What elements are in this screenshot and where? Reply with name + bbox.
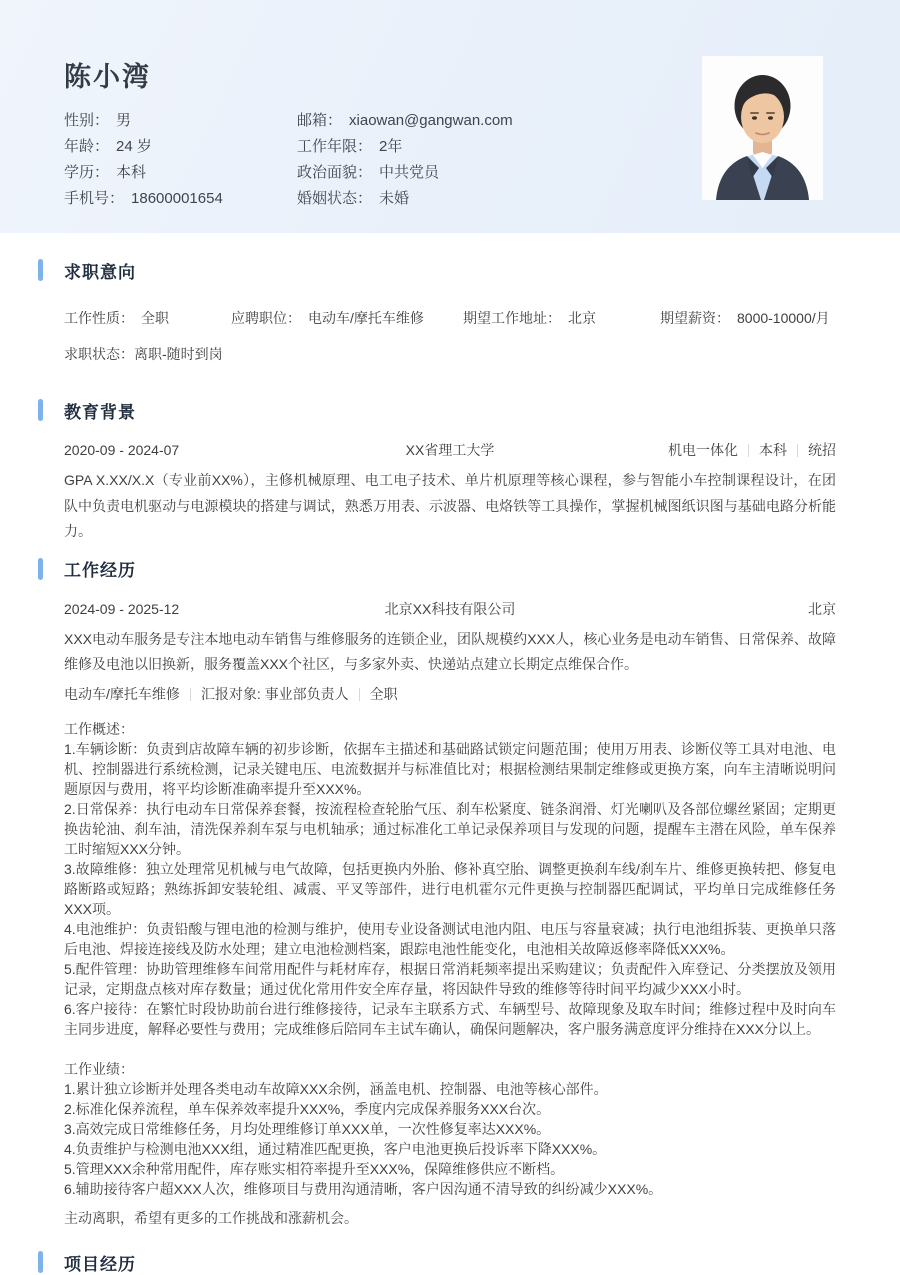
overview-item-2: 2.日常保养：执行电动车日常保养套餐，按流程检查轮胎气压、刹车松紧度、链条润滑、…: [64, 799, 836, 859]
age-value: 24 岁: [116, 138, 152, 155]
education-heading: 教育背景: [64, 398, 836, 422]
divider: [359, 688, 360, 701]
degree-value: 本科: [116, 164, 146, 181]
section-accent-bar: [38, 259, 43, 281]
political-status-value: 中共党员: [379, 164, 439, 181]
intent-work-type: 工作性质：全职: [64, 308, 231, 328]
result-item-3: 3.高效完成日常维修任务，月均处理维修订单XXX单，一次性修复率达XXX%。: [64, 1119, 836, 1139]
projects-heading: 项目经历: [64, 1250, 836, 1274]
overview-item-6: 6.客户接待：在繁忙时段协助前台进行维修接待，记录车主联系方式、车辆型号、故障现…: [64, 999, 836, 1039]
projects-title: 项目经历: [64, 1250, 136, 1275]
result-item-4: 4.负责维护与检测电池XXX组，通过精准匹配更换，客户电池更换后投诉率下降XXX…: [64, 1139, 836, 1159]
age-label: 年龄：: [64, 138, 109, 155]
work-results-label: 工作业绩：: [64, 1059, 836, 1079]
expected-salary-value: 8000-10000/月: [737, 310, 830, 326]
job-status-label: 求职状态：: [64, 346, 134, 362]
degree-label: 学历：: [64, 164, 109, 181]
result-item-1: 1.累计独立诊断并处理各类电动车故障XXX余例，涵盖电机、控制器、电池等核心部件…: [64, 1079, 836, 1099]
education-major: 机电一体化: [668, 442, 738, 458]
overview-item-1: 1.车辆诊断：负责到店故障车辆的初步诊断，依据车主描述和基础路试锁定问题范围；使…: [64, 739, 836, 799]
info-row-gender: 性别：男: [64, 108, 297, 134]
job-intention-title: 求职意向: [64, 258, 136, 283]
resume-header: 陈小湾 性别：男 年龄：24 岁 学历：本科 手机号：18600001654 邮…: [0, 0, 900, 233]
overview-item-3: 3.故障维修：独立处理常见机械与电气故障，包括更换内外胎、修补真空胎、调整更换刹…: [64, 859, 836, 919]
education-description: GPA X.XX/X.X（专业前XX%），主修机械原理、电工电子技术、单片机原理…: [64, 468, 836, 545]
intent-target-position: 应聘职位：电动车/摩托车维修: [231, 308, 463, 328]
work-meta-row: 2024-09 - 2025-12 北京XX科技有限公司 北京: [64, 599, 836, 619]
section-education: 教育背景 2020-09 - 2024-07 XX省理工大学 机电一体化本科统招…: [64, 398, 836, 545]
info-row-phone: 手机号：18600001654: [64, 186, 297, 212]
position-name: 电动车/摩托车维修: [64, 686, 180, 702]
target-position-label: 应聘职位：: [231, 310, 301, 326]
work-experience-heading: 工作经历: [64, 557, 836, 581]
company-intro: XXX电动车服务是专注本地电动车销售与维修服务的连锁企业，团队规模约XXX人，核…: [64, 627, 836, 678]
id-photo-illustration: [702, 56, 823, 200]
report-to: 汇报对象: 事业部负责人: [201, 686, 349, 702]
divider: [797, 444, 798, 457]
section-accent-bar: [38, 558, 43, 580]
job-status-value: 离职-随时到岗: [134, 346, 223, 362]
section-work-experience: 工作经历 2024-09 - 2025-12 北京XX科技有限公司 北京 XXX…: [64, 557, 836, 1229]
education-school: XX省理工大学: [406, 440, 495, 460]
expected-salary-label: 期望薪资：: [660, 310, 730, 326]
work-type-value: 全职: [141, 310, 169, 326]
work-overview-block: 工作概述： 1.车辆诊断：负责到店故障车辆的初步诊断，依据车主描述和基础路试锁定…: [64, 719, 836, 1039]
education-enrollment-type: 统招: [808, 442, 836, 458]
info-row-degree: 学历：本科: [64, 160, 297, 186]
divider: [748, 444, 749, 457]
info-row-marital-status: 婚姻状态：未婚: [297, 186, 513, 212]
experience-years-label: 工作年限：: [297, 138, 372, 155]
phone-value: 18600001654: [131, 190, 223, 207]
job-status-row: 求职状态：离职-随时到岗: [64, 344, 836, 364]
intent-expected-salary: 期望薪资：8000-10000/月: [660, 308, 836, 328]
intent-target-location: 期望工作地址：北京: [463, 308, 660, 328]
education-title: 教育背景: [64, 398, 136, 423]
resume-page: 陈小湾 性别：男 年龄：24 岁 学历：本科 手机号：18600001654 邮…: [0, 0, 900, 1275]
section-projects: 项目经历: [64, 1250, 836, 1274]
leave-reason: 主动离职，希望有更多的工作挑战和涨薪机会。: [64, 1208, 836, 1228]
position-row: 电动车/摩托车维修汇报对象: 事业部负责人全职: [64, 682, 836, 708]
marital-status-label: 婚姻状态：: [297, 190, 372, 207]
education-degree: 本科: [759, 442, 787, 458]
email-value: xiaowan@gangwan.com: [349, 112, 513, 129]
work-overview-label: 工作概述：: [64, 719, 836, 739]
result-item-2: 2.标准化保养流程，单车保养效率提升XXX%，季度内完成保养服务XXX台次。: [64, 1099, 836, 1119]
target-location-value: 北京: [568, 310, 596, 326]
result-item-5: 5.管理XXX余种常用配件，库存账实相符率提升至XXX%，保障维修供应不断档。: [64, 1159, 836, 1179]
marital-status-value: 未婚: [379, 190, 409, 207]
gender-value: 男: [116, 112, 131, 129]
education-meta-row: 2020-09 - 2024-07 XX省理工大学 机电一体化本科统招: [64, 440, 836, 460]
gender-label: 性别：: [64, 112, 109, 129]
target-location-label: 期望工作地址：: [463, 310, 561, 326]
info-row-age: 年龄：24 岁: [64, 134, 297, 160]
personal-info-right-column: 邮箱：xiaowan@gangwan.com 工作年限：2年 政治面貌：中共党员…: [297, 108, 513, 212]
section-accent-bar: [38, 399, 43, 421]
section-job-intention: 求职意向 工作性质：全职 应聘职位：电动车/摩托车维修 期望工作地址：北京 期望…: [64, 258, 836, 364]
job-intention-row: 工作性质：全职 应聘职位：电动车/摩托车维修 期望工作地址：北京 期望薪资：80…: [64, 308, 836, 328]
education-tags: 机电一体化本科统招: [494, 440, 836, 460]
job-type: 全职: [370, 686, 398, 702]
experience-years-value: 2年: [379, 138, 402, 155]
work-location: 北京: [515, 599, 836, 619]
work-results-block: 工作业绩： 1.累计独立诊断并处理各类电动车故障XXX余例，涵盖电机、控制器、电…: [64, 1059, 836, 1199]
overview-item-4: 4.电池维护：负责铅酸与锂电池的检测与维护，使用专业设备测试电池内阻、电压与容量…: [64, 919, 836, 959]
divider: [190, 688, 191, 701]
id-photo: [702, 56, 823, 200]
education-period: 2020-09 - 2024-07: [64, 440, 406, 460]
overview-item-5: 5.配件管理：协助管理维修车间常用配件与耗材库存，根据日常消耗频率提出采购建议；…: [64, 959, 836, 999]
work-company: 北京XX科技有限公司: [385, 599, 516, 619]
phone-label: 手机号：: [64, 190, 124, 207]
resume-body: 求职意向 工作性质：全职 应聘职位：电动车/摩托车维修 期望工作地址：北京 期望…: [0, 258, 900, 1274]
info-row-experience-years: 工作年限：2年: [297, 134, 513, 160]
political-status-label: 政治面貌：: [297, 164, 372, 181]
personal-info-left-column: 性别：男 年龄：24 岁 学历：本科 手机号：18600001654: [64, 108, 297, 212]
work-type-label: 工作性质：: [64, 310, 134, 326]
info-row-email: 邮箱：xiaowan@gangwan.com: [297, 108, 513, 134]
target-position-value: 电动车/摩托车维修: [308, 310, 424, 326]
work-experience-title: 工作经历: [64, 556, 136, 581]
info-row-political-status: 政治面貌：中共党员: [297, 160, 513, 186]
work-period: 2024-09 - 2025-12: [64, 599, 385, 619]
email-label: 邮箱：: [297, 112, 342, 129]
result-item-6: 6.辅助接待客户超XXX人次，维修项目与费用沟通清晰，客户因沟通不清导致的纠纷减…: [64, 1179, 836, 1199]
section-accent-bar: [38, 1251, 43, 1273]
job-intention-heading: 求职意向: [64, 258, 836, 282]
